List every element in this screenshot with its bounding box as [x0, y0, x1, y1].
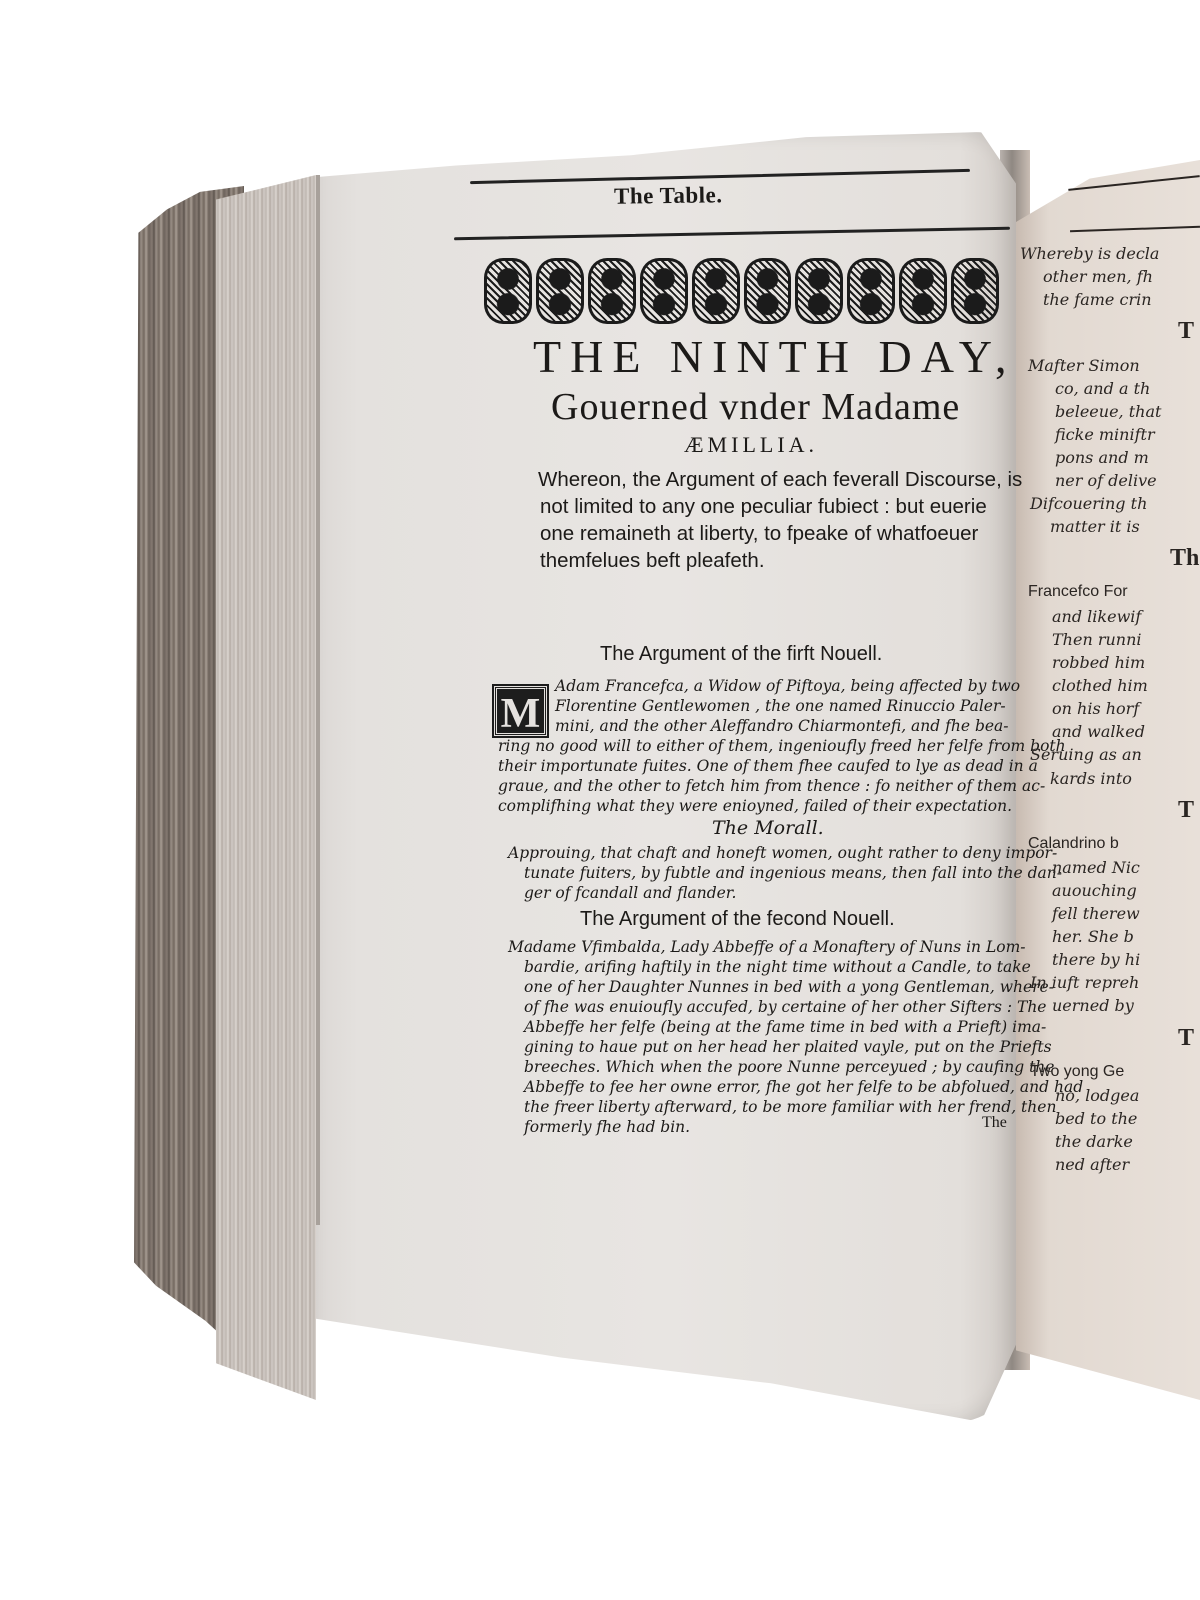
moral-line: Approuing, that chaft and honeft women, … [508, 843, 1062, 863]
intro-line: Whereon, the Argument of each feverall D… [538, 466, 1008, 493]
right-page-line: pons and m [1055, 448, 1149, 467]
intro-line: one remaineth at liberty, to fpeake of w… [538, 520, 1008, 547]
ornament-icon [899, 258, 947, 324]
intro-line: themfelues beft pleafeth. [538, 547, 1008, 574]
ornament-icon [795, 258, 843, 324]
argument-line: breeches. Which when the poore Nunne per… [508, 1057, 1083, 1077]
right-page-line: and walked [1052, 722, 1145, 741]
right-page-line: the darke [1055, 1132, 1133, 1151]
ornament-icon [692, 258, 740, 324]
ornament-icon [744, 258, 792, 324]
right-page-line: Whereby is decla [1020, 244, 1159, 263]
governed-line: Gouerned vnder Madame [551, 385, 960, 429]
right-page-line: and likewif [1052, 607, 1141, 626]
right-page-line: Then runni [1052, 630, 1142, 649]
right-page-line: her. She b [1052, 927, 1134, 946]
argument-line: Abbeffe to fee her owne error, fhe got h… [508, 1077, 1083, 1097]
right-page-line: ner of delive [1055, 471, 1157, 490]
novel2-argument: Madame Vfimbalda, Lady Abbeffe of a Mona… [508, 937, 1083, 1137]
argument-line: mini, and the other Aleffandro Chiarmont… [555, 716, 1020, 736]
moral-heading: The Morall. [712, 818, 824, 838]
day-title: THE NINTH DAY, [533, 330, 1016, 383]
argument-line: gining to haue put on her head her plait… [508, 1037, 1083, 1057]
right-page-line: Two yong Ge [1030, 1063, 1124, 1081]
ornament-icon [951, 258, 999, 324]
argument-line: Florentine Gentlewomen , the one named R… [555, 696, 1020, 716]
right-page-line: clothed him [1052, 676, 1148, 695]
right-page-line: co, and a th [1055, 379, 1150, 398]
catchword: The [982, 1114, 1007, 1132]
right-page-line: kards into [1050, 769, 1132, 788]
intro-line: not limited to any one peculiar fubiect … [538, 493, 1008, 520]
novel1-argument-bottom: ring no good will to either of them, ing… [498, 736, 1066, 816]
novel2-heading: The Argument of the fecond Nouell. [580, 908, 895, 931]
right-page-line: Difcouering th [1030, 494, 1147, 513]
argument-line: complifhing what they were enioyned, fai… [498, 796, 1066, 816]
right-page-line: auouching [1052, 881, 1137, 900]
ornament-icon [588, 258, 636, 324]
right-page-line: In iuft repreh [1030, 973, 1139, 992]
right-page-line: no, lodgea [1055, 1086, 1139, 1105]
argument-line: Madame Vfimbalda, Lady Abbeffe of a Mona… [508, 937, 1083, 957]
right-page-section-heading: T [1178, 1025, 1194, 1052]
argument-line: Adam Francefca, a Widow of Piftoya, bein… [555, 676, 1020, 696]
moral-line: tunate fuiters, by fubtle and ingenious … [508, 863, 1062, 883]
ornament-icon [640, 258, 688, 324]
right-page-line: bed to the [1055, 1109, 1137, 1128]
argument-line: ring no good will to either of them, ing… [498, 736, 1066, 756]
ornament-icon [847, 258, 895, 324]
right-page-line: beleeue, that [1055, 402, 1161, 421]
page-edges-light [216, 175, 316, 1400]
argument-line: graue, and the other to fetch him from t… [498, 776, 1066, 796]
right-page-line: fell therew [1052, 904, 1140, 923]
right-page-line: ficke miniftr [1055, 425, 1155, 444]
right-page-line: named Nic [1052, 858, 1140, 877]
right-page-section-heading: T [1178, 318, 1194, 345]
right-page-line: matter it is [1050, 517, 1140, 536]
right-page-line: uerned by [1052, 996, 1134, 1015]
novel1-argument-top: Adam Francefca, a Widow of Piftoya, bein… [555, 676, 1020, 736]
right-page-line: there by hi [1052, 950, 1140, 969]
right-page-line: on his horf [1052, 699, 1139, 718]
right-page-line: Mafter Simon [1028, 356, 1140, 375]
right-page-line: Seruing as an [1030, 745, 1142, 764]
argument-line: Abbeffe her felfe (being at the fame tim… [508, 1017, 1083, 1037]
argument-line: one of her Daughter Nunnes in bed with a… [508, 977, 1083, 997]
right-page-line: Calandrino b [1028, 835, 1119, 853]
right-page-line: robbed him [1052, 653, 1145, 672]
ornament-icon [536, 258, 584, 324]
running-head: The Table. [614, 182, 723, 210]
argument-line: of fhe was enuioufly accufed, by certain… [508, 997, 1083, 1017]
argument-line: their importunate fuites. One of them fh… [498, 756, 1066, 776]
intro-paragraph: Whereon, the Argument of each feverall D… [538, 466, 1008, 574]
argument-line: bardie, arifing haftily in the night tim… [508, 957, 1083, 977]
ornamental-headpiece [484, 255, 999, 327]
moral-line: ger of fcandall and flander. [508, 883, 1062, 903]
drop-cap: M [494, 686, 547, 736]
governor-name: ÆMILLIA. [684, 432, 818, 458]
right-page-section-heading: Th [1170, 545, 1199, 572]
ornament-icon [484, 258, 532, 324]
right-page-line: the fame crin [1043, 290, 1152, 309]
right-page-line: other men, fh [1043, 267, 1153, 286]
novel1-heading: The Argument of the firft Nouell. [600, 643, 882, 666]
page-fold-line [316, 175, 320, 1225]
right-page-line: Francefco For [1028, 583, 1128, 601]
right-page-line: ned after [1055, 1155, 1129, 1174]
right-page-section-heading: T [1178, 797, 1194, 824]
moral-text: Approuing, that chaft and honeft women, … [508, 843, 1062, 903]
